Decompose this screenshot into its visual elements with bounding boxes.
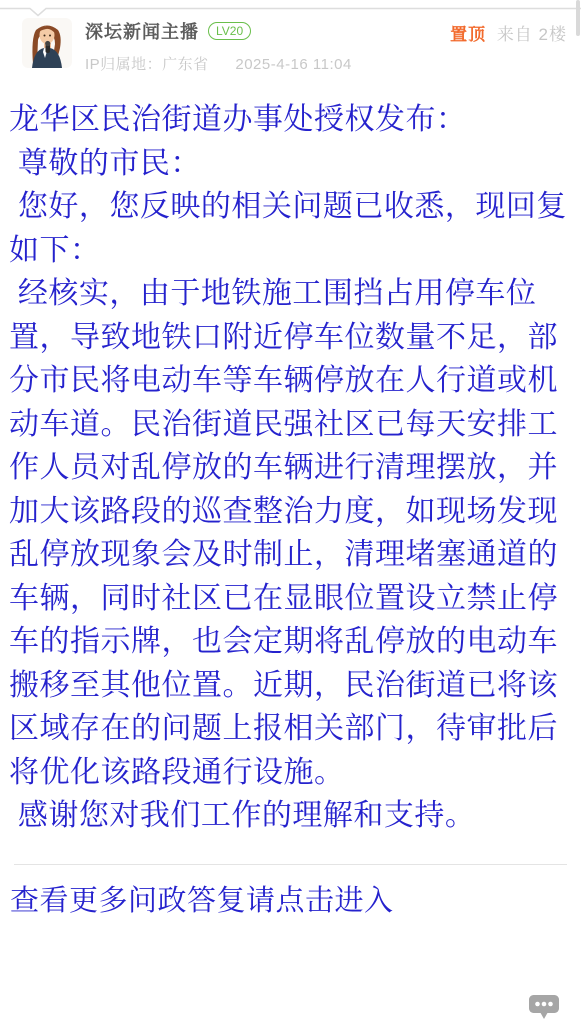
user-block: 深坛新闻主播 LV20 IP归属地：广东省 2025-4-16 11:04	[85, 18, 450, 74]
post-paragraph: 经核实，由于地铁施工围挡占用停车位置，导致地铁口附近停车位数量不足，部分市民将电…	[9, 272, 572, 794]
post-meta: IP归属地：广东省 2025-4-16 11:04	[85, 53, 450, 74]
scrollbar-thumb[interactable]	[576, 0, 580, 36]
post-paragraph: 感谢您对我们工作的理解和支持。	[9, 794, 572, 838]
floor-label: 来自 2楼	[497, 25, 567, 44]
post-paragraph: 尊敬的市民：	[9, 142, 572, 186]
post-paragraph: 龙华区民治街道办事处授权发布：	[9, 98, 572, 142]
more-replies-link[interactable]: 查看更多问政答复请点击进入	[10, 878, 394, 919]
pinned-badge: 置顶	[450, 25, 486, 44]
post-footer: 查看更多问政答复请点击进入	[0, 864, 581, 919]
post-body: 龙华区民治街道办事处授权发布： 尊敬的市民： 您好，您反映的相关问题已收悉，现回…	[0, 74, 581, 838]
comment-ellipsis-bubble-icon[interactable]	[527, 993, 561, 1020]
user-avatar[interactable]	[22, 18, 72, 68]
timestamp: 2025-4-16 11:04	[235, 56, 351, 73]
username[interactable]: 深坛新闻主播	[85, 18, 199, 44]
bubble-tail-notch-icon	[0, 0, 581, 20]
ip-location-label: IP归属地：广东省	[85, 56, 209, 73]
post-paragraph: 您好，您反映的相关问题已收悉，现回复如下：	[9, 185, 572, 272]
header-right: 置顶 来自 2楼	[450, 18, 567, 45]
level-badge: LV20	[208, 22, 251, 40]
divider	[14, 864, 567, 865]
